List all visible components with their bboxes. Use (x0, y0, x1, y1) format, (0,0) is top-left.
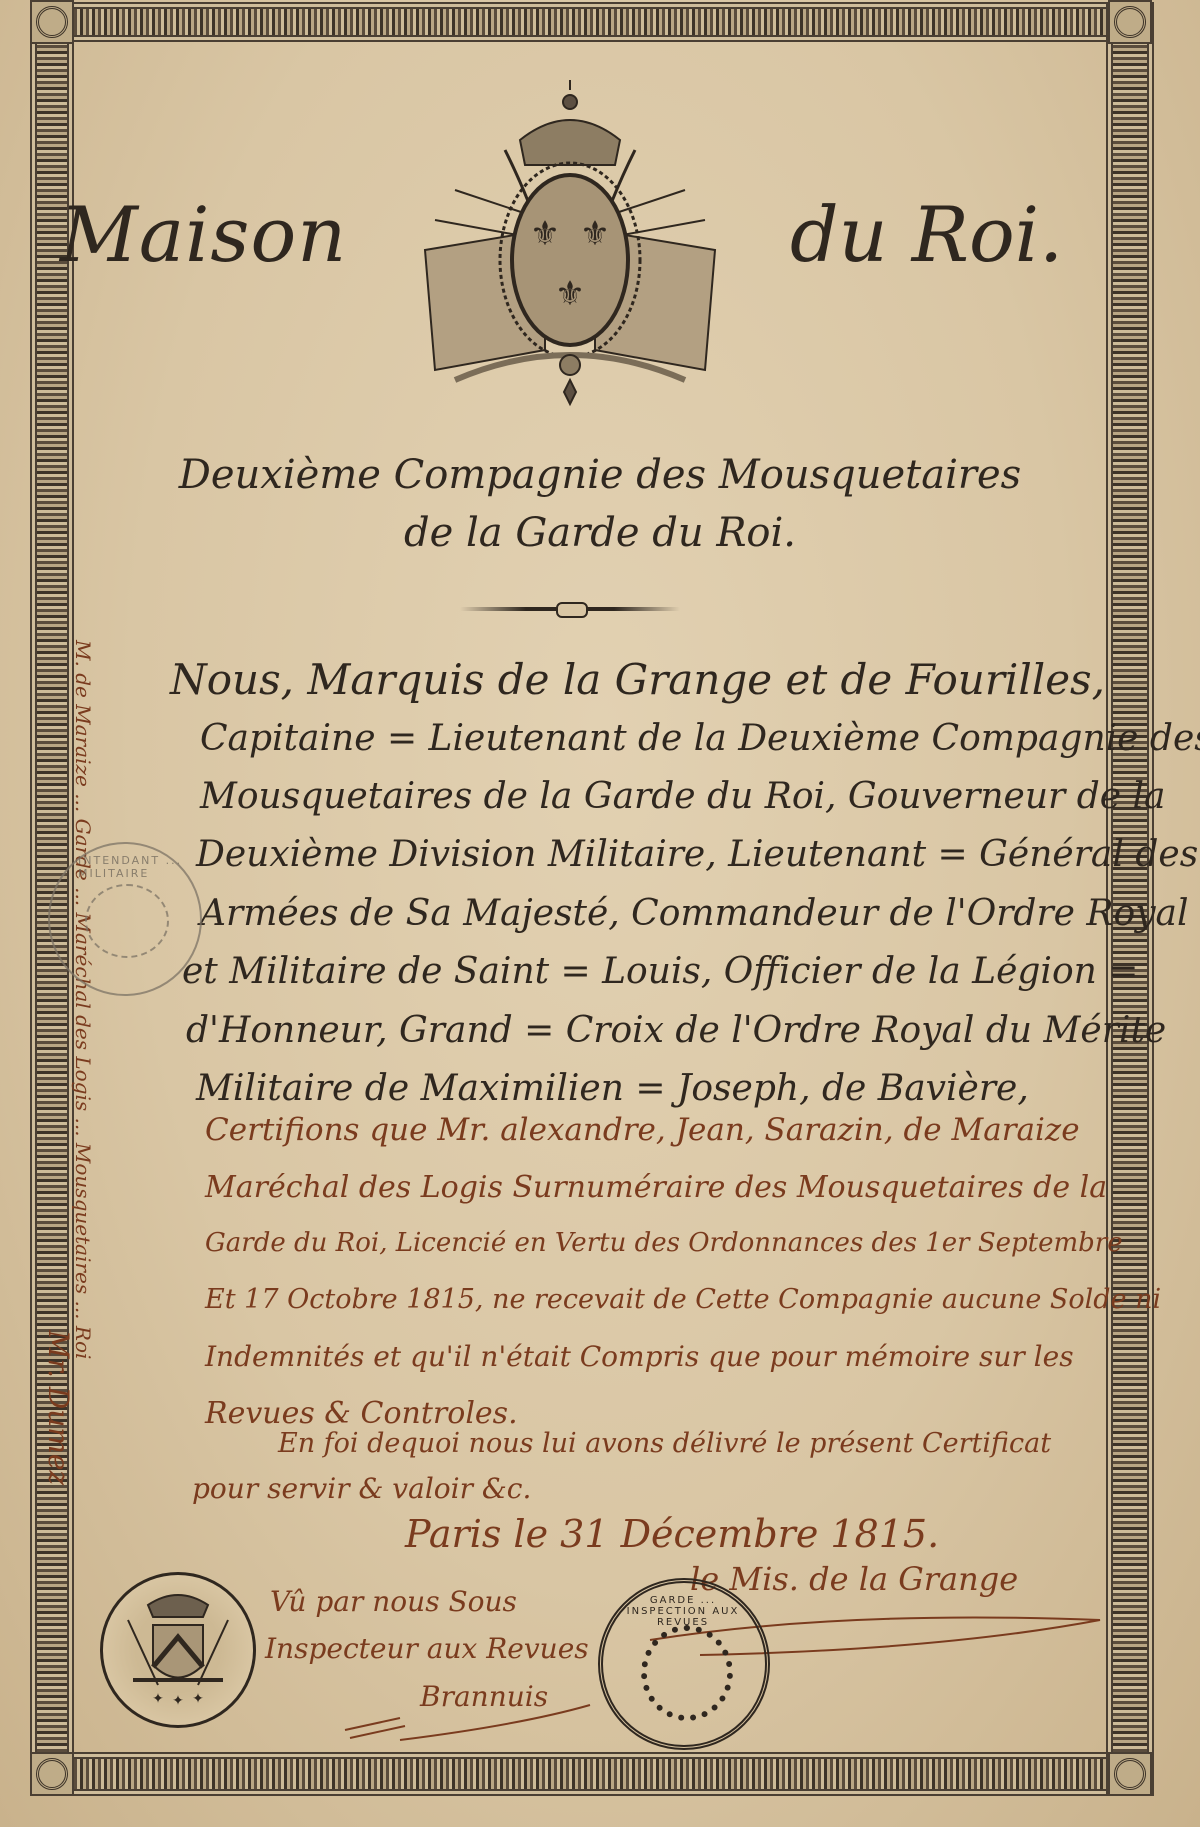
captain-signature: le Mis. de la Grange (690, 1560, 1018, 1598)
certificate-body-line: Revues & Controles. (205, 1396, 518, 1431)
preamble-line: d'Honneur, Grand = Croix de l'Ordre Roya… (186, 1010, 1166, 1051)
inspection-aux-revues-stamp: GARDE ... INSPECTION AUX REVUES (598, 1578, 770, 1750)
preamble-line: Armées de Sa Majesté, Commandeur de l'Or… (200, 893, 1189, 934)
decorative-divider-ornament (556, 602, 588, 618)
header-title-right: du Roi. (790, 190, 1063, 279)
corner-rosette-icon (30, 1752, 74, 1796)
stamp-royal-arms-icon (641, 1625, 733, 1721)
ornamental-border-top (30, 2, 1154, 42)
intendant-stamp-text: INTENDANT ... MILITAIRE (78, 854, 200, 880)
armorial-crest-icon: ✦✦✦ (103, 1575, 253, 1725)
company-subtitle-line1: Deuxième Compagnie des Mousquetaires (0, 452, 1200, 498)
corner-rosette-icon (30, 0, 74, 44)
stamp-text: GARDE ... INSPECTION AUX REVUES (623, 1595, 743, 1628)
corner-rosette-icon (1108, 1752, 1152, 1796)
intendant-stamp: INTENDANT ... MILITAIRE (48, 842, 202, 996)
closing-line1: En foi dequoi nous lui avons délivré le … (278, 1428, 1051, 1459)
svg-text:⚜: ⚜ (530, 214, 560, 254)
certificate-body-line: Certifions que Mr. alexandre, Jean, Sara… (205, 1112, 1080, 1148)
stamp-wreath-icon (85, 884, 169, 958)
armorial-crest-seal-icon: ✦✦✦ (100, 1572, 256, 1728)
header-title-left: Maison (60, 190, 347, 279)
svg-text:✦: ✦ (152, 1691, 164, 1707)
ornamental-border-bottom (30, 1752, 1154, 1796)
preamble-line: Capitaine = Lieutenant de la Deuxième Co… (200, 718, 1200, 759)
inspector-note-line1: Vû par nous Sous (270, 1585, 517, 1618)
preamble-line: Militaire de Maximilien = Joseph, de Bav… (196, 1068, 1029, 1109)
certificate-body-line: Maréchal des Logis Surnuméraire des Mous… (205, 1170, 1107, 1205)
svg-text:⚜: ⚜ (555, 274, 585, 314)
certificate-body-line: Et 17 Octobre 1815, ne recevait de Cette… (205, 1284, 1161, 1315)
certificate-body-line: Garde du Roi, Licencié en Vertu des Ordo… (205, 1228, 1123, 1258)
inspector-signature-flourish (340, 1690, 600, 1750)
royal-arms-fleur-de-lis-crest-icon: ⚜ ⚜ ⚜ (395, 80, 745, 420)
svg-text:✦: ✦ (172, 1693, 184, 1709)
certificate-body-line: Indemnités et qu'il n'était Compris que … (205, 1340, 1074, 1373)
preamble-line: Deuxième Division Militaire, Lieutenant … (196, 834, 1198, 875)
preamble-line: et Militaire de Saint = Louis, Officier … (182, 951, 1138, 992)
margin-annotation: M. de Maraize ... Garde ... Maréchal des… (71, 640, 95, 1359)
corner-rosette-icon (1108, 0, 1152, 44)
margin-signature: Mr. Dumez (42, 1330, 75, 1485)
inspector-note-line2: Inspecteur aux Revues (265, 1632, 589, 1665)
place-and-date: Paris le 31 Décembre 1815. (405, 1512, 939, 1556)
svg-text:⚜: ⚜ (580, 214, 610, 254)
svg-text:✦: ✦ (192, 1691, 204, 1707)
preamble-line: Nous, Marquis de la Grange et de Fourill… (170, 655, 1105, 704)
preamble-line: Mousquetaires de la Garde du Roi, Gouver… (200, 776, 1165, 817)
company-subtitle-line2: de la Garde du Roi. (0, 510, 1200, 556)
closing-line2: pour servir & valoir &c. (192, 1472, 531, 1505)
